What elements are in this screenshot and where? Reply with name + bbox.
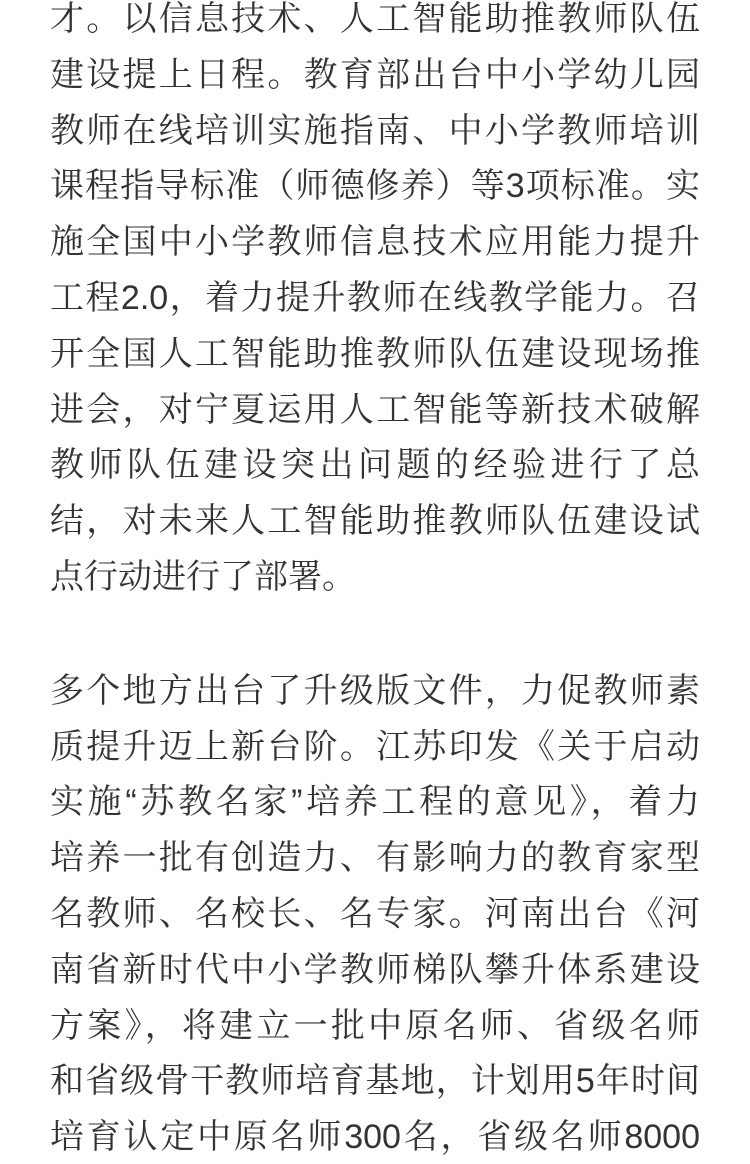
text-line: 方案》，将建立一批中原名师、省级名师 [50,999,700,1055]
text-line: 质提升迈上新台阶。江苏印发《关于启动 [50,720,700,776]
article-body: 才。以信息技术、人工智能助推教师队伍建设提上日程。教育部出台中小学幼儿园教师在线… [0,0,750,1164]
text-line: 实施“苏教名家”培养工程的意见》，着力 [50,775,700,831]
text-line: 施全国中小学教师信息技术应用能力提升 [50,215,700,271]
text-line: 教师在线培训实施指南、中小学教师培训 [50,104,700,160]
text-line: 南省新时代中小学教师梯队攀升体系建设 [50,943,700,999]
article-page: 才。以信息技术、人工智能助推教师队伍建设提上日程。教育部出台中小学幼儿园教师在线… [0,0,750,1164]
text-line: 才。以信息技术、人工智能助推教师队伍 [50,0,700,48]
text-line: 课程指导标准（师德修养）等3项标准。实 [50,159,700,215]
text-line: 名教师、名校长、名专家。河南出台《河 [50,887,700,943]
text-line: 和省级骨干教师培育基地，计划用5年时间 [50,1054,700,1110]
text-line: 多个地方出台了升级版文件，力促教师素 [50,664,700,720]
text-line: 进会，对宁夏运用人工智能等新技术破解 [50,383,700,439]
paragraph: 才。以信息技术、人工智能助推教师队伍建设提上日程。教育部出台中小学幼儿园教师在线… [50,0,700,606]
text-line: 培养一批有创造力、有影响力的教育家型 [50,831,700,887]
text-line: 培育认定中原名师300名，省级名师8000 [50,1110,700,1164]
text-line: 工程2.0，着力提升教师在线教学能力。召 [50,271,700,327]
text-line: 结，对未来人工智能助推教师队伍建设试 [50,494,700,550]
text-line: 建设提上日程。教育部出台中小学幼儿园 [50,48,700,104]
text-line: 教师队伍建设突出问题的经验进行了总 [50,438,700,494]
paragraph: 多个地方出台了升级版文件，力促教师素质提升迈上新台阶。江苏印发《关于启动实施“苏… [50,664,700,1164]
text-line: 开全国人工智能助推教师队伍建设现场推 [50,327,700,383]
text-line: 点行动进行了部署。 [50,550,700,606]
